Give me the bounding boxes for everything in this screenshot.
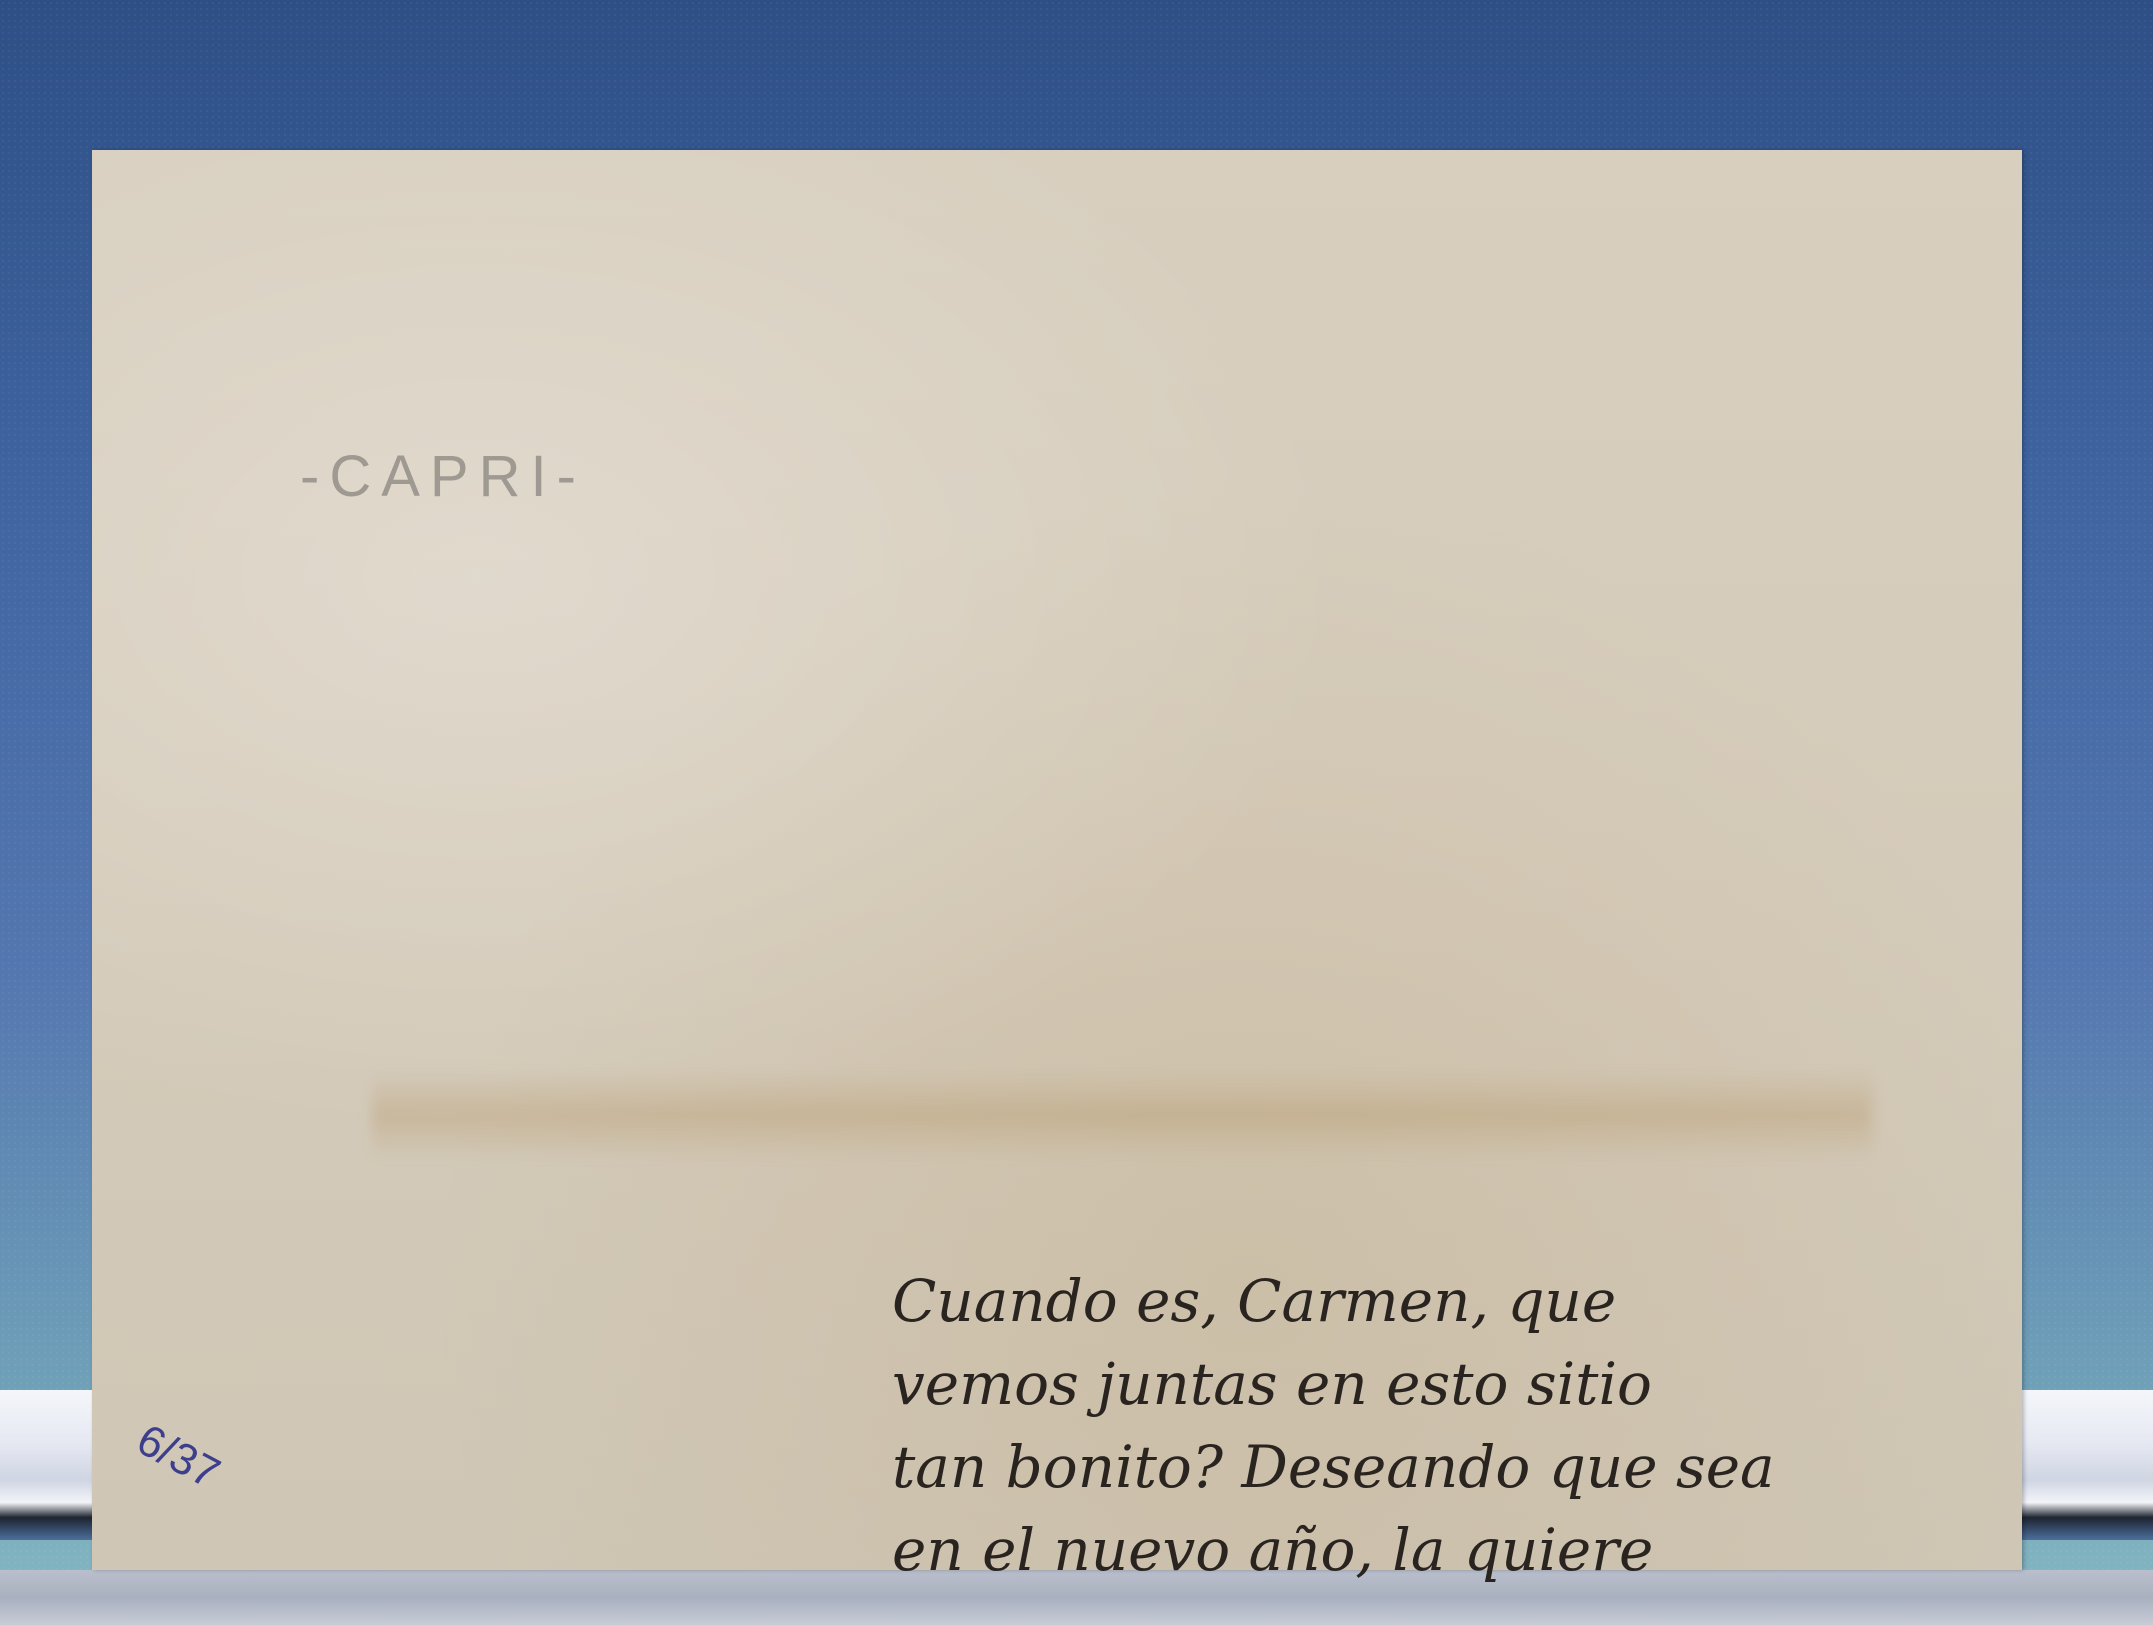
message-line: vemos juntas en esto sitio	[892, 1343, 2012, 1426]
message-line: tan bonito? Deseando que sea	[892, 1426, 2012, 1509]
photo-card-back: -CAPRI- 6/37 Cuando es, Carmen, que vemo…	[92, 150, 2022, 1570]
water-stain	[372, 1070, 1872, 1160]
pencil-location-label: -CAPRI-	[300, 443, 586, 510]
catalog-number: 6/37	[129, 1415, 228, 1499]
message-line: Cuando es, Carmen, que	[892, 1260, 2012, 1343]
handwritten-message: Cuando es, Carmen, que vemos juntas en e…	[892, 1260, 2012, 1592]
message-line: en el nuevo año, la quiere	[892, 1509, 2012, 1592]
